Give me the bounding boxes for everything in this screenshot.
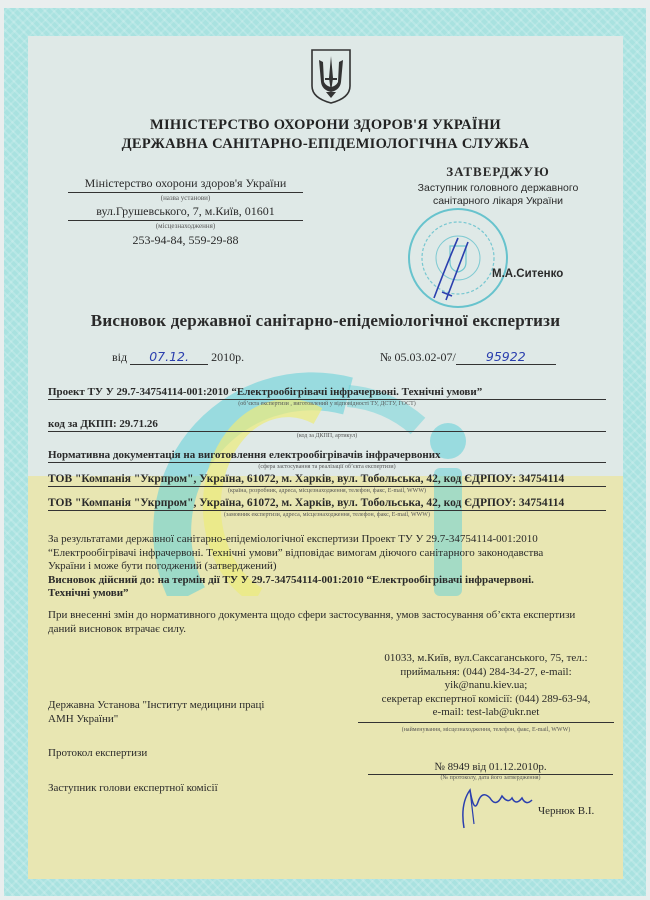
institute-line-2: АМН України" (48, 713, 264, 727)
trident-coat-of-arms-icon (310, 48, 352, 104)
conclusion-paragraph: За результатами державної санітарно-епід… (48, 533, 608, 601)
institution-phones: 253-94-84, 559-29-88 (68, 233, 303, 248)
field-object-caption: (об’єкта експертизи , виготовлений у від… (48, 400, 606, 409)
decorative-border: МІНІСТЕРСТВО ОХОРОНИ ЗДОРОВ'Я УКРАЇНИ ДЕ… (4, 8, 646, 896)
number-handwritten: 95922 (456, 349, 556, 365)
field-customer: ТОВ "Компанія "Укрпром", Україна, 61072,… (48, 497, 606, 520)
ministry-line-2: ДЕРЖАВНА САНІТАРНО-ЕПІДЕМІОЛОГІЧНА СЛУЖБ… (28, 135, 623, 154)
field-developer: ТОВ "Компанія "Укрпром", Україна, 61072,… (48, 473, 606, 496)
number-prefix: № 05.03.02-07/ (380, 350, 456, 364)
conclusion-line-3: України і може бути погоджений (затвердж… (48, 560, 608, 574)
approval-role-line-1: Заступник головного державного (398, 182, 598, 195)
lab-address-line-5: e-mail: test-lab@ukr.net (358, 706, 614, 720)
field-customer-value: ТОВ "Компанія "Укрпром", Україна, 61072,… (48, 497, 606, 511)
signature-icon (456, 784, 546, 830)
note-line-2: даний висновок втрачає силу. (48, 623, 608, 637)
date-prefix: від (112, 350, 127, 364)
document-title: Висновок державної санітарно-епідеміолог… (28, 311, 623, 331)
lab-address-caption: (найменування, місцезнаходження, телефон… (358, 722, 614, 738)
lab-address-line-1: 01033, м.Київ, вул.Саксаганського, 75, т… (358, 652, 614, 666)
deputy-label: Заступник голови експертної комісії (48, 782, 218, 796)
approval-block: ЗАТВЕРДЖУЮ Заступник головного державног… (398, 164, 598, 208)
approver-name: М.А.Ситенко (492, 268, 563, 280)
field-customer-caption: (замовник експертизи, адреса, місцезнахо… (48, 511, 606, 520)
institution-name-caption: (назва установи) (68, 193, 303, 204)
protocol-label: Протокол експертизи (48, 747, 147, 761)
deputy-name: Чернюк В.І. (538, 805, 594, 817)
field-object-value: Проект ТУ У 29.7-34754114-001:2010 “Елек… (48, 386, 606, 400)
conclusion-line-2: “Електрообігрівачі інфрачервоні. Технічн… (48, 547, 608, 561)
institution-block: Міністерство охорони здоров'я України (н… (68, 176, 303, 248)
field-dkpp-value: код за ДКПП: 29.71.26 (48, 418, 606, 432)
ministry-line-1: МІНІСТЕРСТВО ОХОРОНИ ЗДОРОВ'Я УКРАЇНИ (28, 116, 623, 135)
field-scope: Нормативна документація на виготовлення … (48, 449, 606, 472)
field-dkpp-caption: (код за ДКПП, артикул) (48, 432, 606, 441)
conclusion-line-1: За результатами державної санітарно-епід… (48, 533, 608, 547)
document-sheet: МІНІСТЕРСТВО ОХОРОНИ ЗДОРОВ'Я УКРАЇНИ ДЕ… (28, 36, 623, 879)
field-scope-caption: (сфера застосування та реалізації об’єкт… (48, 463, 606, 472)
official-stamp-icon (406, 206, 511, 311)
approval-heading: ЗАТВЕРДЖУЮ (398, 164, 598, 180)
institution-name: Міністерство охорони здоров'я України (68, 176, 303, 193)
field-developer-value: ТОВ "Компанія "Укрпром", Україна, 61072,… (48, 473, 606, 487)
institution-address-caption: (місцезнаходження) (68, 221, 303, 232)
protocol-block: № 8949 від 01.12.2010р. (№ протоколу, да… (368, 761, 613, 781)
institute-line-1: Державна Установа "Інститут медицини пра… (48, 699, 264, 713)
changes-note: При внесенні змін до нормативного докуме… (48, 609, 608, 636)
lab-address-line-4: секретар експертної комісії: (044) 289-6… (358, 693, 614, 707)
field-scope-value: Нормативна документація на виготовлення … (48, 449, 606, 463)
institution-address: вул.Грушевського, 7, м.Київ, 01601 (68, 204, 303, 221)
note-line-1: При внесенні змін до нормативного докуме… (48, 609, 608, 623)
date-handwritten: 07.12. (130, 349, 208, 365)
field-object: Проект ТУ У 29.7-34754114-001:2010 “Елек… (48, 386, 606, 409)
validity-line-1: Висновок дійсний до: на термін дії ТУ У … (48, 574, 534, 586)
validity-line-2: Технічні умови” (48, 587, 129, 599)
approval-role: Заступник головного державного санітарно… (398, 182, 598, 208)
date-suffix: 2010р. (211, 350, 244, 364)
field-developer-caption: (країна, розробник, адреса, місцезнаходж… (48, 487, 606, 496)
ministry-header: МІНІСТЕРСТВО ОХОРОНИ ЗДОРОВ'Я УКРАЇНИ ДЕ… (28, 116, 623, 154)
document-number: № 05.03.02-07/95922 (380, 349, 556, 365)
lab-address-block: 01033, м.Київ, вул.Саксаганського, 75, т… (358, 652, 614, 737)
field-dkpp-code: код за ДКПП: 29.71.26 (код за ДКПП, арти… (48, 418, 606, 441)
protocol-value: № 8949 від 01.12.2010р. (368, 761, 613, 775)
institute-name: Державна Установа "Інститут медицини пра… (48, 699, 264, 726)
lab-address-line-2: приймальня: (044) 284-34-27, e-mail: (358, 666, 614, 680)
document-date: від 07.12. 2010р. (112, 349, 244, 365)
protocol-caption: (№ протоколу, дата його затвердження) (368, 775, 613, 781)
lab-address-line-3: yik@nanu.kiev.ua; (358, 679, 614, 693)
